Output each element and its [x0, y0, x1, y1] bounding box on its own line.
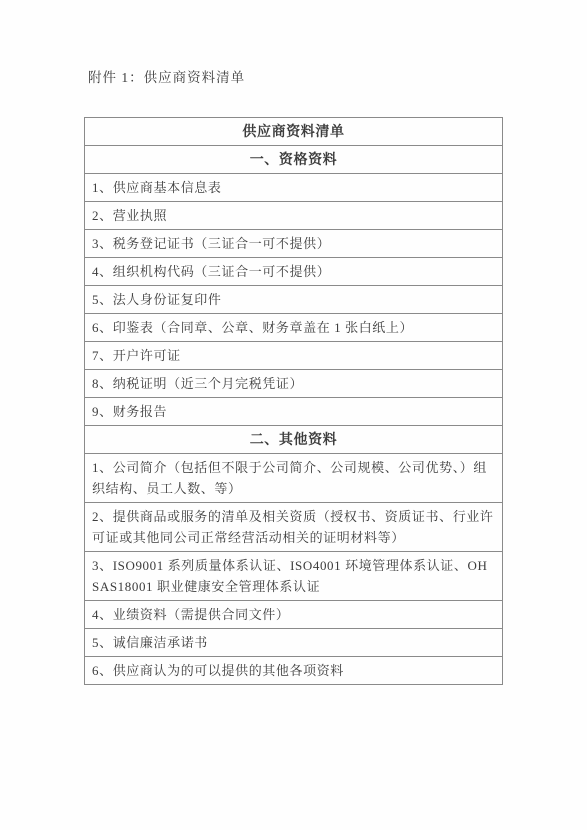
- table-row: 8、纳税证明（近三个月完税凭证）: [85, 370, 503, 398]
- section-2-item-5: 5、诚信廉洁承诺书: [85, 629, 503, 657]
- table-row: 6、供应商认为的可以提供的其他各项资料: [85, 657, 503, 685]
- section-1-item-1: 1、供应商基本信息表: [85, 174, 503, 202]
- table-title: 供应商资料清单: [85, 118, 503, 146]
- table-row: 4、业绩资料（需提供合同文件）: [85, 601, 503, 629]
- section-2-item-2: 2、提供商品或服务的清单及相关资质（授权书、资质证书、行业许可证或其他同公司正常…: [85, 503, 503, 552]
- table-row: 2、营业执照: [85, 202, 503, 230]
- section-1-item-8: 8、纳税证明（近三个月完税凭证）: [85, 370, 503, 398]
- table-row: 4、组织机构代码（三证合一可不提供）: [85, 258, 503, 286]
- section-1-item-6: 6、印鉴表（合同章、公章、财务章盖在 1 张白纸上）: [85, 314, 503, 342]
- section-2-heading: 二、其他资料: [85, 426, 503, 454]
- section-1-heading: 一、资格资料: [85, 146, 503, 174]
- attachment-title: 附件 1：供应商资料清单: [88, 66, 245, 86]
- table-row: 3、税务登记证书（三证合一可不提供）: [85, 230, 503, 258]
- section-1-item-7: 7、开户许可证: [85, 342, 503, 370]
- section-1-item-4: 4、组织机构代码（三证合一可不提供）: [85, 258, 503, 286]
- section-heading-row: 二、其他资料: [85, 426, 503, 454]
- table-row: 3、ISO9001 系列质量体系认证、ISO4001 环境管理体系认证、OHSA…: [85, 552, 503, 601]
- section-2-item-1: 1、公司简介（包括但不限于公司简介、公司规模、公司优势、）组织结构、员工人数、等…: [85, 454, 503, 503]
- table-row: 5、诚信廉洁承诺书: [85, 629, 503, 657]
- table-row: 1、公司简介（包括但不限于公司简介、公司规模、公司优势、）组织结构、员工人数、等…: [85, 454, 503, 503]
- document-page: 附件 1：供应商资料清单 供应商资料清单 一、资格资料 1、供应商基本信息表 2…: [0, 0, 587, 830]
- section-1-item-5: 5、法人身份证复印件: [85, 286, 503, 314]
- section-2-item-4: 4、业绩资料（需提供合同文件）: [85, 601, 503, 629]
- table-row: 6、印鉴表（合同章、公章、财务章盖在 1 张白纸上）: [85, 314, 503, 342]
- table-row: 1、供应商基本信息表: [85, 174, 503, 202]
- section-heading-row: 一、资格资料: [85, 146, 503, 174]
- section-2-item-6: 6、供应商认为的可以提供的其他各项资料: [85, 657, 503, 685]
- section-2-item-3: 3、ISO9001 系列质量体系认证、ISO4001 环境管理体系认证、OHSA…: [85, 552, 503, 601]
- table-row: 2、提供商品或服务的清单及相关资质（授权书、资质证书、行业许可证或其他同公司正常…: [85, 503, 503, 552]
- section-1-item-2: 2、营业执照: [85, 202, 503, 230]
- supplier-info-table: 供应商资料清单 一、资格资料 1、供应商基本信息表 2、营业执照 3、税务登记证…: [84, 117, 503, 685]
- table-row: 9、财务报告: [85, 398, 503, 426]
- table-row: 7、开户许可证: [85, 342, 503, 370]
- table-row: 5、法人身份证复印件: [85, 286, 503, 314]
- section-1-item-9: 9、财务报告: [85, 398, 503, 426]
- table-title-row: 供应商资料清单: [85, 118, 503, 146]
- section-1-item-3: 3、税务登记证书（三证合一可不提供）: [85, 230, 503, 258]
